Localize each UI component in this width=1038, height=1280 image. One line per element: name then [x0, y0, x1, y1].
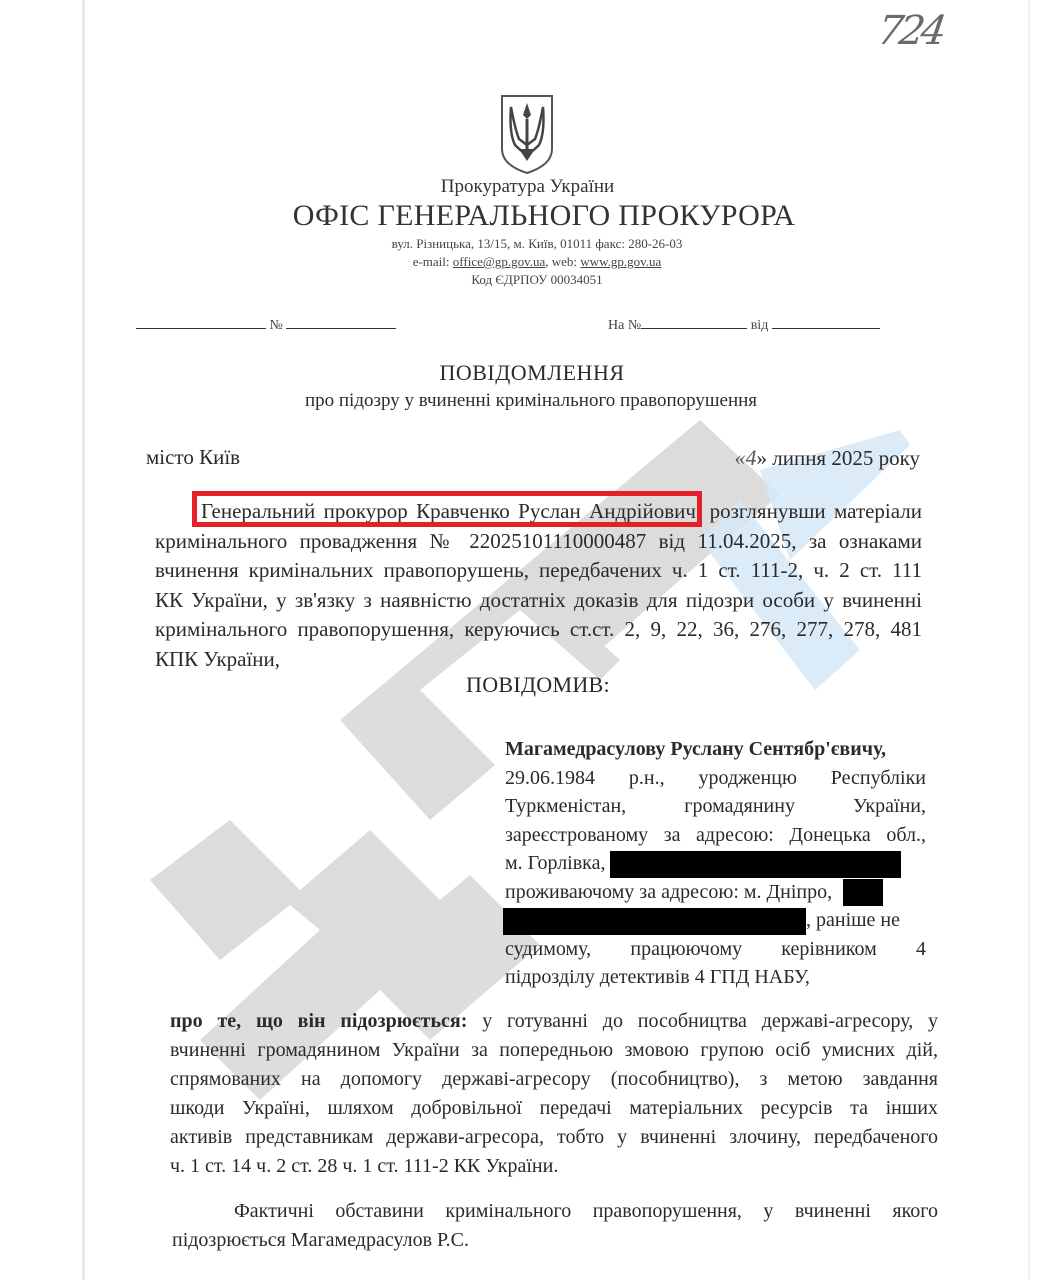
- suspect-line: м. Горлівка,: [505, 849, 926, 878]
- reply-registration: На № від: [608, 314, 880, 334]
- document-date: «4» липня 2025 року: [734, 445, 920, 471]
- web-label: , web:: [545, 254, 580, 269]
- number-sign: №: [270, 318, 283, 333]
- date-blank: [136, 314, 266, 329]
- trident-emblem-icon: [499, 93, 555, 175]
- date-rest: » липня 2025 року: [756, 446, 920, 470]
- intro-line: вчинення кримінальних правопорушень, пер…: [155, 556, 922, 586]
- document-page: 724 Прокуратура України ОФІС ГЕНЕРАЛЬНОГ…: [0, 0, 1038, 1280]
- redaction-block: [843, 879, 883, 906]
- suspicion-line: активів представникам держави-агресора, …: [170, 1123, 938, 1152]
- suspicion-line: вчиненні громадянином України за поперед…: [170, 1036, 938, 1065]
- suspect-line: зареєстрованому за адресою: Донецька обл…: [505, 821, 926, 850]
- suspicion-line: про те, що він підозрюється: у готуванні…: [170, 1007, 938, 1036]
- suspect-line: судимому, працюючому керівником 4: [505, 935, 926, 964]
- facts-paragraph: Фактичні обставини кримінального правопо…: [172, 1197, 938, 1255]
- org-name: ОФІС ГЕНЕРАЛЬНОГО ПРОКУРОРА: [0, 199, 1038, 233]
- org-contacts: e-mail: office@gp.gov.ua, web: www.gp.go…: [0, 254, 1038, 270]
- facts-line: Фактичні обставини кримінального правопо…: [172, 1197, 938, 1226]
- notified-heading: ПОВІДОМИВ:: [466, 672, 610, 698]
- reply-number-blank: [641, 314, 747, 329]
- intro-line: кримінального провадження № 220251011100…: [155, 527, 922, 557]
- suspect-block: Магамедрасулову Руслану Сентябр'євичу, 2…: [505, 735, 926, 992]
- suspect-line: Туркменістан, громадянину України,: [505, 792, 926, 821]
- email-link[interactable]: office@gp.gov.ua: [453, 254, 545, 269]
- document-title: ПОВІДОМЛЕННЯ: [0, 360, 1038, 386]
- facts-line: підозрюється Магамедрасулов Р.С.: [172, 1226, 938, 1255]
- handwritten-page-number: 724: [875, 8, 946, 54]
- email-label: e-mail:: [413, 254, 453, 269]
- intro-line: кримінального правопорушення, керуючись …: [155, 615, 922, 645]
- org-address: вул. Різницька, 13/15, м. Київ, 01011 фа…: [0, 236, 1038, 252]
- document-subtitle: про підозру у вчиненні кримінального пра…: [0, 390, 1038, 412]
- redaction-block: [610, 851, 901, 878]
- org-parent: Прокуратура України: [0, 176, 1038, 198]
- intro-line: КК України, у зв'язку з наявністю достат…: [155, 586, 922, 616]
- suspect-line: проживаючому за адресою: м. Дніпро,: [505, 878, 926, 907]
- number-blank: [286, 314, 396, 329]
- suspicion-line: ч. 1 ст. 14 ч. 2 ст. 28 ч. 1 ст. 111-2 К…: [170, 1152, 938, 1181]
- suspect-line: , раніше не: [503, 906, 926, 935]
- date-open-quote: «: [734, 445, 745, 470]
- highlight-box-prosecutor-name: [192, 491, 702, 527]
- reply-date-blank: [772, 314, 880, 329]
- reply-to-label: На №: [608, 318, 641, 333]
- web-link[interactable]: www.gp.gov.ua: [580, 254, 661, 269]
- redaction-block: [503, 908, 806, 935]
- from-label: від: [751, 318, 769, 333]
- suspect-name: Магамедрасулову Руслану Сентябр'євичу,: [505, 735, 926, 764]
- suspect-line: підрозділу детективів 4 ГПД НАБУ,: [505, 963, 926, 992]
- city: місто Київ: [146, 445, 240, 470]
- intro-line: КПК України,: [155, 645, 922, 675]
- date-day-handwritten: 4: [745, 445, 756, 470]
- org-edrpou: Код ЄДРПОУ 00034051: [0, 272, 1038, 288]
- outgoing-registration: №: [136, 314, 396, 334]
- suspicion-line: шкоди Україні, шляхом добровільної перед…: [170, 1094, 938, 1123]
- suspicion-paragraph: про те, що він підозрюється: у готуванні…: [170, 1007, 938, 1181]
- suspect-line: 29.06.1984 р.н., уродженцю Республіки: [505, 764, 926, 793]
- suspicion-line: спрямованих на допомогу державі-агресору…: [170, 1065, 938, 1094]
